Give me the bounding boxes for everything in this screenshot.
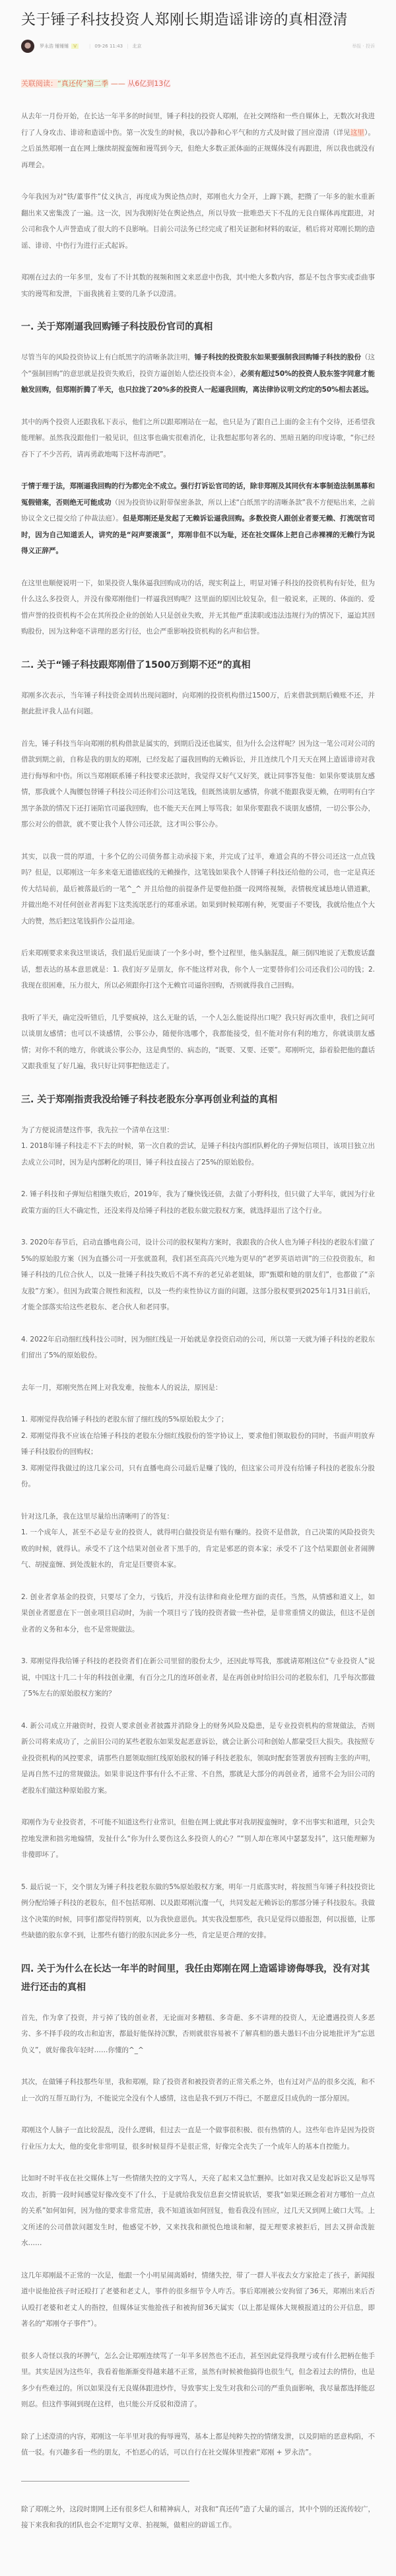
article-sections: 一. 关于郑刚逼我回购锤子科技股份官司的真相尽管当年的风险投资协议上有白纸黑字的… [21, 318, 375, 2413]
paragraph-text: 首先，作为拿了投资，并亏掉了钱的创业者，无论面对多糟糕、多奇葩、多不讲理的投资人… [21, 2014, 375, 2054]
section-paragraph: 我听了半天，确定没听错后，几乎要疯掉，这么无耻的话，一个人怎么能说得出口呢？我只… [21, 1010, 375, 1075]
paragraph-text: 其实，以我一贯的厚道，十多个亿的公司债务都主动承接下来，并完成了过半，难道会真的… [21, 853, 375, 925]
related-link-season-two[interactable]: “真还传”第二季 [57, 79, 108, 88]
paragraph-text: 1. 一个成年人，甚至不必是专业的投资人，就得明白做投资是有赔有赚的。投资不是借… [21, 1528, 375, 1569]
section-paragraph: 在这里也顺便说明一下，如果投资人集体逼我回购成功的话，现实利益上，明显对锤子科技… [21, 575, 375, 640]
article-meta: 罗永浩 锤锤锤 V | 09-26 11:43 | 北京 举报 · 投诉 [21, 38, 375, 54]
section-paragraph: 3. 郑刚觉得我做过的这几家公司，只有直播电商公司最后是赚了钱的，但这家公司并没… [21, 1460, 375, 1493]
section-paragraph: 1. 郑刚觉得我给锤子科技的老股东留了细红线的5%原始股太少了； [21, 1412, 375, 1428]
section-paragraph: 5. 最后说一下，交个朋友为锤子科技老股东做的5%原始股权方案，明年一月底落实时… [21, 1879, 375, 1944]
section-heading: 二. 关于“锤子科技跟郑刚借了1500万到期不还”的真相 [21, 656, 375, 674]
section-paragraph: 4. 2022年启动细红线科技公司时，因为细红线是一开始就是拿投资启动的公司，所… [21, 1332, 375, 1364]
author-name[interactable]: 罗永浩 锤锤锤 [40, 43, 69, 50]
related-link-6-to-13[interactable]: 从6亿到13亿 [127, 79, 170, 88]
section-paragraph: 尽管当年的风险投资协议上有白纸黑字的清晰条款注明，锤子科技的投资股东如果要强制我… [21, 349, 375, 398]
meta-separator: | [127, 44, 128, 49]
paragraph-text: 3. 2020年春节后，启动直播电商公司，设计公司的股权架构方案时，我跟我的合伙… [21, 1238, 375, 1311]
paragraph-text: 1. 2018年锤子科技走不下去的时候，第一次自救的尝试，是锤子科技内部团队孵化… [21, 1142, 375, 1166]
paragraph-text: 3. 郑刚觉得我给锤子科技的老投资者们在新公司里留的股份太少，还因此辱骂我，那就… [21, 1657, 375, 1698]
section-paragraph: 为了方便说清楚这件事，我先拉一个清单在这里： [21, 1122, 375, 1139]
section-paragraph: 4. 新公司成立并融资时，投资人要求创业者披露并消除身上的财务风险及隐患，是专业… [21, 1718, 375, 1799]
publish-location: 北京 [133, 43, 142, 50]
publish-date: 09-26 11:43 [94, 44, 123, 49]
section-paragraph: 其中的两个投资人还跟我私下表示，他们之所以跟郑刚站在一起，也只是为了跟自己上面的… [21, 414, 375, 463]
section-paragraph: 其实，以我一贯的厚道，十多个亿的公司债务都主动承接下来，并完成了过半，难道会真的… [21, 849, 375, 930]
see-here-link[interactable]: 这里 [350, 129, 364, 137]
emphasized-text: 锤子科技的投资股东如果要强制我回购锤子科技的股份 [195, 353, 361, 361]
paragraph-text: 2. 创业者拿基金的投资，只要尽了全力，亏钱后，并没有法律和商业伦理方面的责任。… [21, 1593, 375, 1633]
section-paragraph: 1. 2018年锤子科技走不下去的时候，第一次自救的尝试，是锤子科技内部团队孵化… [21, 1138, 375, 1170]
related-reading: 关联阅读：“真还传”第二季 —— 从6亿到13亿 [21, 78, 375, 90]
paragraph-text: 这几年郑刚最不正常的一次是，他跟一个小明星闹离婚时，情绪失控，带了一群人半夜去女… [21, 2272, 375, 2328]
paragraph-text: 针对这几条，我在这里尽量给出清晰明了的答复： [21, 1513, 174, 1521]
paragraph-text: 为了方便说清楚这件事，我先拉一个清单在这里： [21, 1126, 174, 1134]
section-paragraph: 2. 锤子科技和子弹短信相继失败后，2019年，我为了赚快钱还债，去做了小野科技… [21, 1186, 375, 1219]
section-heading: 四. 关于为什么在长达一年半的时间里，我任由郑刚在网上造谣诽谤侮辱我，没有对其进… [21, 1960, 375, 1997]
paragraph-text: 后来郑刚要求来我这里谈话，我们最后见面谈了一个多小时，整个过程里，他头脑混乱，颠… [21, 949, 375, 989]
intro-paragraph: 今年我因为对“铁/董事件”仗义执言，再度成为舆论热点时，郑刚也火力全开，上蹿下跳… [21, 189, 375, 254]
section-paragraph: 首先，作为拿了投资，并亏掉了钱的创业者，无论面对多糟糕、多奇葩、多不讲理的投资人… [21, 2010, 375, 2059]
paragraph-text: 其次，在做锤子科技那些年里，我和郑刚，除了投资者和被投资者的正常关系之外，也有过… [21, 2078, 375, 2102]
closing-paragraph: 除了上述澄清的内容，郑刚这一年半里对我的侮辱谩骂，基本上都是纯粹失控的情绪发泄，… [21, 2429, 375, 2461]
paragraph-text: 首先，锤子科技当年向郑刚的机构借款是属实的，到期后没还也属实，但为什么会这样呢？… [21, 740, 375, 829]
section-paragraph: 郑刚这个人脑子一直比较混乱，没什么逻辑，但过去一直是一个做事很积极、很有热情的人… [21, 2122, 375, 2155]
paragraph-text: 郑刚这个人脑子一直比较混乱，没什么逻辑，但过去一直是一个做事很积极、很有热情的人… [21, 2126, 375, 2151]
intro-paragraph: 从去年一月份开始，在长达一年半多的时间里，锤子科技的投资人郑刚，在社交网络和一些… [21, 108, 375, 173]
section-paragraph: 去年一月，郑刚突然在网上对我发难，按他本人的说法，原因是： [21, 1380, 375, 1396]
paragraph-text: 郑刚作为专业投资者，不可能不知道这些行业常识，但他在网上就此事对我胡搅蛮缠时，拿… [21, 1818, 375, 1859]
paragraph-text: 3. 郑刚觉得我做过的这几家公司，只有直播电商公司最后是赚了钱的，但这家公司并没… [21, 1464, 375, 1489]
related-label: 关联阅读： [21, 79, 57, 88]
paragraph-text: 去年一月，郑刚突然在网上对我发难，按他本人的说法，原因是： [21, 1384, 222, 1392]
paragraph-text: 郑刚多次表示，当年锤子科技资金周转出现问题时，向郑刚的投资机构借过1500万，后… [21, 692, 375, 716]
meta-separator: | [89, 44, 90, 49]
paragraph-text: 2. 郑刚觉得我不应该在给锤子科技的老股东分细红线股份的签字协议上，要求他们领取… [21, 1432, 375, 1456]
section-paragraph: 1. 一个成年人，甚至不必是专业的投资人，就得明白做投资是有赔有赚的。投资不是借… [21, 1524, 375, 1573]
paragraph-text: 很多人奇怪以我的坏脾气，怎么会让郑刚连续骂了一年半多居然也不还击，甚至因此觉得我… [21, 2352, 375, 2409]
paragraph-text: 其中的两个投资人还跟我私下表示，他们之所以跟郑刚站在一起，也只是为了跟自己上面的… [21, 418, 375, 458]
section-paragraph: 很多人奇怪以我的坏脾气，怎么会让郑刚连续骂了一年半多居然也不还击，甚至因此觉得我… [21, 2348, 375, 2413]
report-link[interactable]: 举报 · 投诉 [352, 43, 375, 50]
paragraph-text: 1. 郑刚觉得我给锤子科技的老股东留了细红线的5%原始股太少了； [21, 1415, 228, 1423]
section-paragraph: 后来郑刚要求来我这里谈话，我们最后见面谈了一个多小时，整个过程里，他头脑混乱，颠… [21, 945, 375, 994]
section-paragraph: 郑刚作为专业投资者，不可能不知道这些行业常识，但他在网上就此事对我胡搅蛮缠时，拿… [21, 1814, 375, 1863]
postscript-paragraph: 除了郑刚之外，这段时期网上还有很多烂人和精神病人，对我和“真还传”造了大量的谣言… [21, 2501, 375, 2534]
divider [21, 2481, 189, 2482]
section-paragraph: 3. 2020年春节后，启动直播电商公司，设计公司的股权架构方案时，我跟我的合伙… [21, 1234, 375, 1316]
section-paragraph: 这几年郑刚最不正常的一次是，他跟一个小明星闹离婚时，情绪失控，带了一群人半夜去女… [21, 2268, 375, 2332]
related-dash: —— [108, 79, 127, 88]
paragraph-text: 在这里也顺便说明一下，如果投资人集体逼我回购成功的话，现实利益上，明显对锤子科技… [21, 579, 375, 636]
section-paragraph: 于情于理于法，郑刚逼我回购的行为都完全不成立。强行打诉讼官司的话，除非郑刚及其同… [21, 478, 375, 559]
paragraph-text: 比如时不时半夜在社交媒体上写一些情绪失控的文字骂人，天亮了起来又急忙删掉。比如对… [21, 2174, 375, 2247]
section-paragraph: 比如时不时半夜在社交媒体上写一些情绪失控的文字骂人，天亮了起来又急忙删掉。比如对… [21, 2170, 375, 2252]
section-paragraph: 针对这几条，我在这里尽量给出清晰明了的答复： [21, 1509, 375, 1525]
section-paragraph: 首先，锤子科技当年向郑刚的机构借款是属实的，到期后没还也属实，但为什么会这样呢？… [21, 736, 375, 833]
author-avatar[interactable] [21, 40, 34, 53]
article: 关于锤子科技投资人郑刚长期造谣诽谤的真相澄清 罗永浩 锤锤锤 V | 09-26… [0, 0, 396, 2576]
intro-paragraph: 郑刚在过去的一年多里，发布了不计其数的视频和图文来恶意中伤我，其中绝大多数内容，… [21, 269, 375, 302]
section-paragraph: 其次，在做锤子科技那些年里，我和郑刚，除了投资者和被投资者的正常关系之外，也有过… [21, 2074, 375, 2106]
verified-badge-icon: V [71, 44, 79, 49]
section-heading: 一. 关于郑刚逼我回购锤子科技股份官司的真相 [21, 318, 375, 336]
paragraph-text: 我听了半天，确定没听错后，几乎要疯掉，这么无耻的话，一个人怎么能说得出口呢？我只… [21, 1014, 375, 1071]
paragraph-text: 4. 2022年启动细红线科技公司时，因为细红线是一开始就是拿投资启动的公司，所… [21, 1336, 375, 1360]
section-heading: 三. 关于郑刚指责我没给锤子科技老股东分享再创业利益的真相 [21, 1091, 375, 1109]
paragraph-text: 2. 锤子科技和子弹短信相继失败后，2019年，我为了赚快钱还债，去做了小野科技… [21, 1190, 375, 1215]
section-paragraph: 2. 创业者拿基金的投资，只要尽了全力，亏钱后，并没有法律和商业伦理方面的责任。… [21, 1589, 375, 1638]
section-paragraph: 郑刚多次表示，当年锤子科技资金周转出现问题时，向郑刚的投资机构借过1500万，后… [21, 688, 375, 720]
article-title: 关于锤子科技投资人郑刚长期造谣诽谤的真相澄清 [21, 9, 375, 32]
section-paragraph: 2. 郑刚觉得我不应该在给锤子科技的老股东分细红线股份的签字协议上，要求他们领取… [21, 1428, 375, 1460]
section-paragraph: 3. 郑刚觉得我给锤子科技的老投资者们在新公司里留的股份太少，还因此辱骂我，那就… [21, 1653, 375, 1702]
paragraph-text: 5. 最后说一下，交个朋友为锤子科技老股东做的5%原始股权方案，明年一月底落实时… [21, 1883, 375, 1940]
paragraph-text: 尽管当年的风险投资协议上有白纸黑字的清晰条款注明， [21, 353, 195, 361]
paragraph-text: 4. 新公司成立并融资时，投资人要求创业者披露并消除身上的财务风险及隐患，是专业… [21, 1722, 375, 1795]
